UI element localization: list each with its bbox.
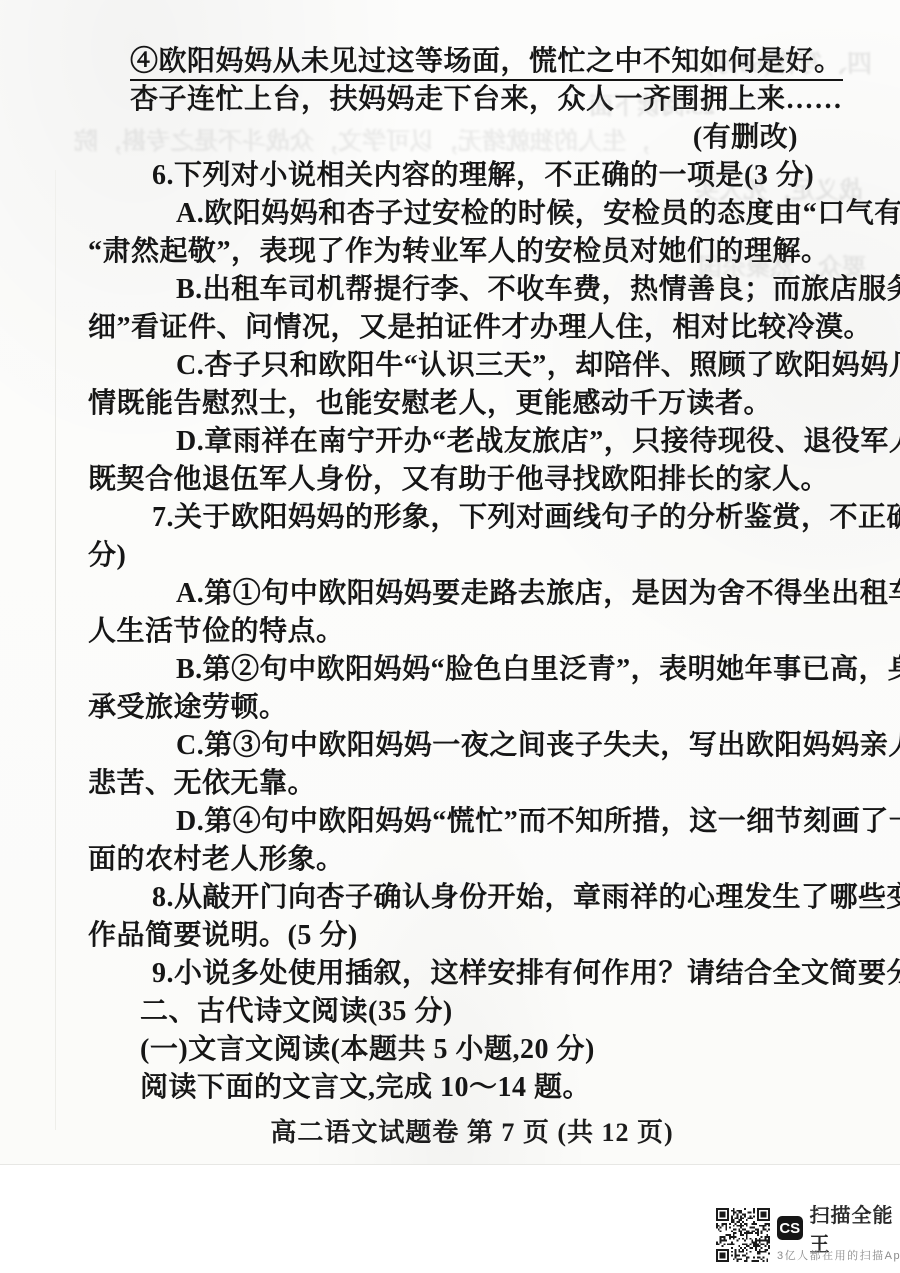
camscanner-tagline: 3亿人都在用的扫描App [777,1247,900,1263]
text-line: 既契合他退伍军人身份，又有助于他寻找欧阳排长的家人。 [88,461,856,499]
text-line: 情既能告慰烈士，也能安慰老人，更能感动千万读者。 [88,385,856,423]
text-line: 人生活节俭的特点。 [88,613,856,651]
scan-fold-line [55,170,56,1130]
text-line: D.章雨祥在南宁开办“老战友旅店”，只接待现役、退役军人和军烈属，这 [176,423,856,461]
text-line: 9.小说多处使用插叙，这样安排有何作用？请结合全文简要分析。(6 分) [152,955,856,993]
qr-code-icon [716,1208,770,1262]
text-line: 7.关于欧阳妈妈的形象，下列对画线句子的分析鉴赏，不正确的一项是(3 [152,499,856,537]
text-line: D.第④句中欧阳妈妈“慌忙”而不知所措，这一细节刻画了一个未经大场 [176,803,856,841]
text-line: 面的农村老人形象。 [88,841,856,879]
scanned-page: ④欧阳妈妈从未见过这等场面，慌忙之中不知如何是好。杏子连忙上台，扶妈妈走下台来，… [0,0,900,1165]
text-line: 杏子连忙上台，扶妈妈走下台来，众人一齐围拥上来…… [130,81,856,119]
text-line: 8.从敲开门向杏子确认身份开始，章雨祥的心理发生了哪些变化？请结合 [152,879,856,917]
exam-text-block: ④欧阳妈妈从未见过这等场面，慌忙之中不知如何是好。杏子连忙上台，扶妈妈走下台来，… [88,43,856,1107]
text-line: B.第②句中欧阳妈妈“脸色白里泛青”，表明她年事已高，身体已不太能 [176,651,856,689]
text-line: A.欧阳妈妈和杏子过安检的时候，安检员的态度由“口气有些硬”转变为 [176,195,856,233]
text-line: B.出租车司机帮提行李、不收车费，热情善良；而旅店服务员却又是“详 [176,271,856,309]
text-line: (一)文言文阅读(本题共 5 小题,20 分) [140,1031,856,1069]
text-line: ④欧阳妈妈从未见过这等场面，慌忙之中不知如何是好。 [130,43,856,81]
text-line: (有删改) [88,119,798,157]
text-line: 二、古代诗文阅读(35 分) [140,993,856,1031]
text-line: 承受旅途劳顿。 [88,689,856,727]
text-line: 分) [88,537,856,575]
text-line: C.杏子只和欧阳牛“认识三天”，却陪伴、照顾了欧阳妈妈几十年，这种真 [176,347,856,385]
text-line: A.第①句中欧阳妈妈要走路去旅店，是因为舍不得坐出租车，体现了老 [176,575,856,613]
text-line: C.第③句中欧阳妈妈一夜之间丧子失夫，写出欧阳妈妈亲人尽失的孤单 [176,727,856,765]
text-line: 悲苦、无依无靠。 [88,765,856,803]
text-line: “肃然起敬”，表现了作为转业军人的安检员对她们的理解。 [88,233,856,271]
camscanner-watermark: CS 扫描全能王 3亿人都在用的扫描App [716,1208,894,1266]
text-line: 阅读下面的文言文,完成 10～14 题。 [140,1069,856,1107]
text-line: 作品简要说明。(5 分) [88,917,856,955]
page-footer: 高二语文试题卷 第 7 页 (共 12 页) [88,1112,856,1149]
text-line: 细”看证件、问情况，又是拍证件才办理人住，相对比较冷漠。 [88,309,856,347]
text-line: 6.下列对小说相关内容的理解，不正确的一项是(3 分) [152,157,856,195]
camscanner-logo: CS [777,1216,803,1240]
